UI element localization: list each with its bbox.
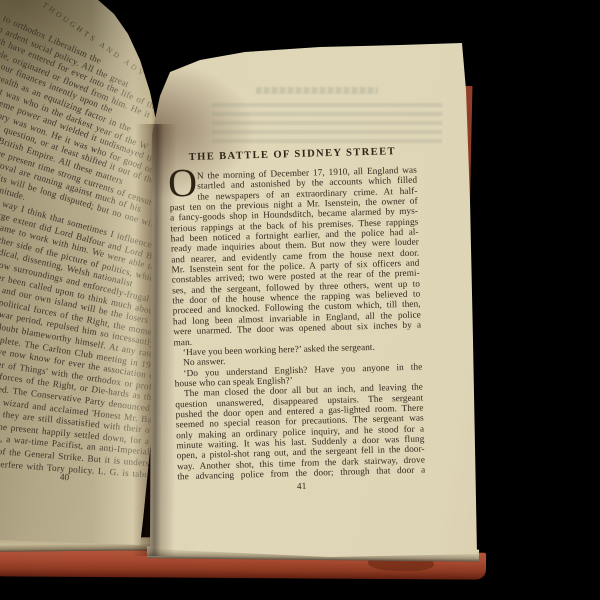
drop-cap: O <box>168 167 198 200</box>
book-photo: THOUGHTS AND ADVENTURES gave to orthodox… <box>0 0 600 600</box>
right-page-lines: N the morning of December 17, 1910, all … <box>169 166 426 483</box>
show-through-heading <box>256 87 378 94</box>
chapter-body: O N the morning of December 17, 1910, al… <box>169 166 426 483</box>
right-page-text: THE BATTLE OF SIDNEY STREET O N the morn… <box>168 146 425 496</box>
show-through-paragraph <box>212 103 442 147</box>
page-number-left: 40 <box>60 472 70 483</box>
